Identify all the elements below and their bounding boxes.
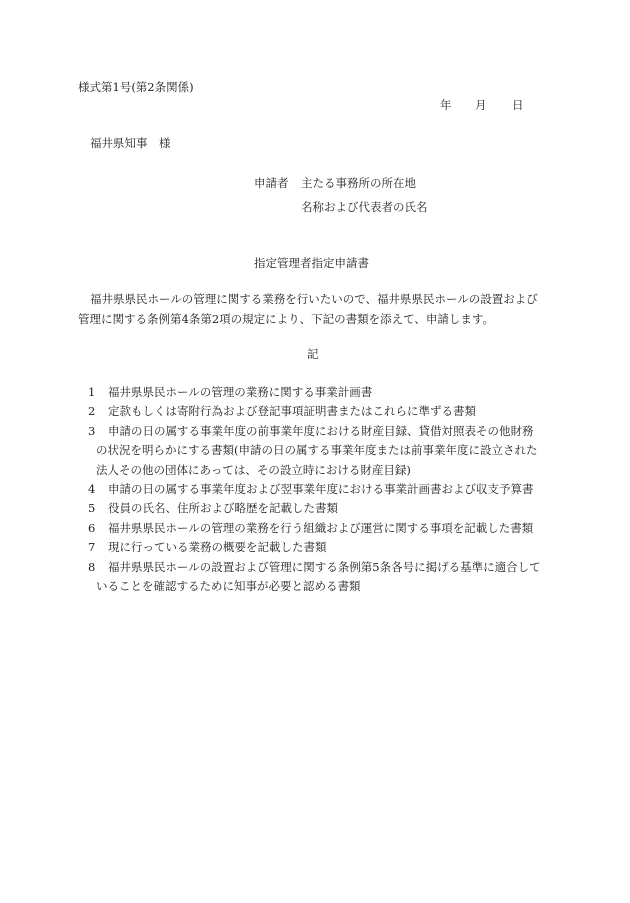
- form-label: 様式第1号(第2条関係): [78, 80, 194, 94]
- addressee: 福井県知事 様: [90, 136, 171, 150]
- attachment-list: 1 福井県県民ホールの管理の業務に関する事業計画書 2 定款もしくは寄附行為およ…: [88, 383, 558, 596]
- list-item: 8 福井県県民ホールの設置および管理に関する条例第5条各号に掲げる基準に適合して…: [88, 558, 558, 597]
- list-item: 4 申請の日の属する事業年度および翌事業年度における事業計画書および収支予算書: [88, 480, 558, 499]
- applicant-label: 申請者: [254, 176, 289, 190]
- list-item: 7 現に行っている業務の概要を記載した書類: [88, 538, 558, 557]
- list-item: 6 福井県県民ホールの管理の業務を行う組織および運営に関する事項を記載した書類: [88, 519, 558, 538]
- list-item: 1 福井県県民ホールの管理の業務に関する事業計画書: [88, 383, 558, 402]
- date-month-label: 月: [475, 98, 487, 112]
- list-item: 2 定款もしくは寄附行為および登記事項証明書またはこれらに準ずる書類: [88, 402, 558, 421]
- date-year-label: 年: [440, 98, 452, 112]
- date-day-label: 日: [512, 98, 524, 112]
- body-line-2: 管理に関する条例第4条第2項の規定により、下記の書類を添えて、申請します。: [78, 309, 558, 329]
- ki-heading: 記: [307, 347, 319, 361]
- body-paragraph: 福井県県民ホールの管理に関する業務を行いたいので、福井県県民ホールの設置および …: [78, 289, 558, 329]
- document-title: 指定管理者指定申請書: [254, 256, 369, 270]
- body-line-1: 福井県県民ホールの管理に関する業務を行いたいので、福井県県民ホールの設置および: [78, 289, 558, 309]
- applicant-address-label: 主たる事務所の所在地: [301, 176, 416, 190]
- applicant-name-label: 名称および代表者の氏名: [301, 200, 428, 214]
- list-item: 3 申請の日の属する事業年度の前事業年度における財産目録、貸借対照表その他財務 …: [88, 422, 558, 480]
- list-item: 5 役員の氏名、住所および略歴を記載した書類: [88, 499, 558, 518]
